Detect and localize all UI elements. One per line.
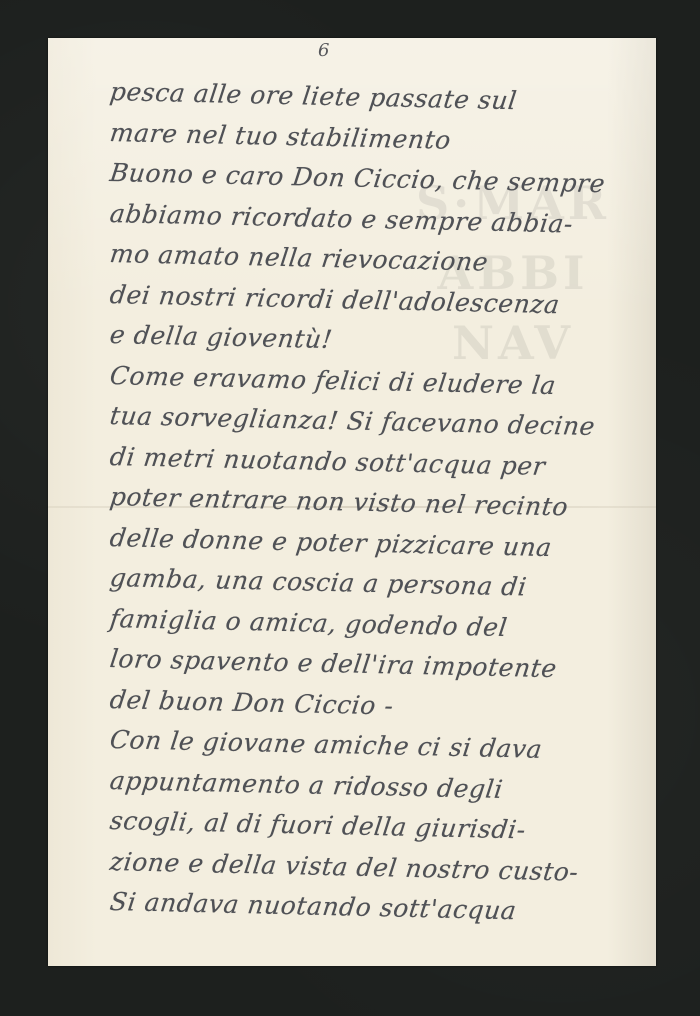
- page-number: 6: [318, 40, 329, 61]
- letter-page: S·MAR ABBI NAV 6 pesca alle ore liete pa…: [48, 38, 656, 966]
- handwritten-text-body: pesca alle ore liete passate sul mare ne…: [110, 72, 650, 923]
